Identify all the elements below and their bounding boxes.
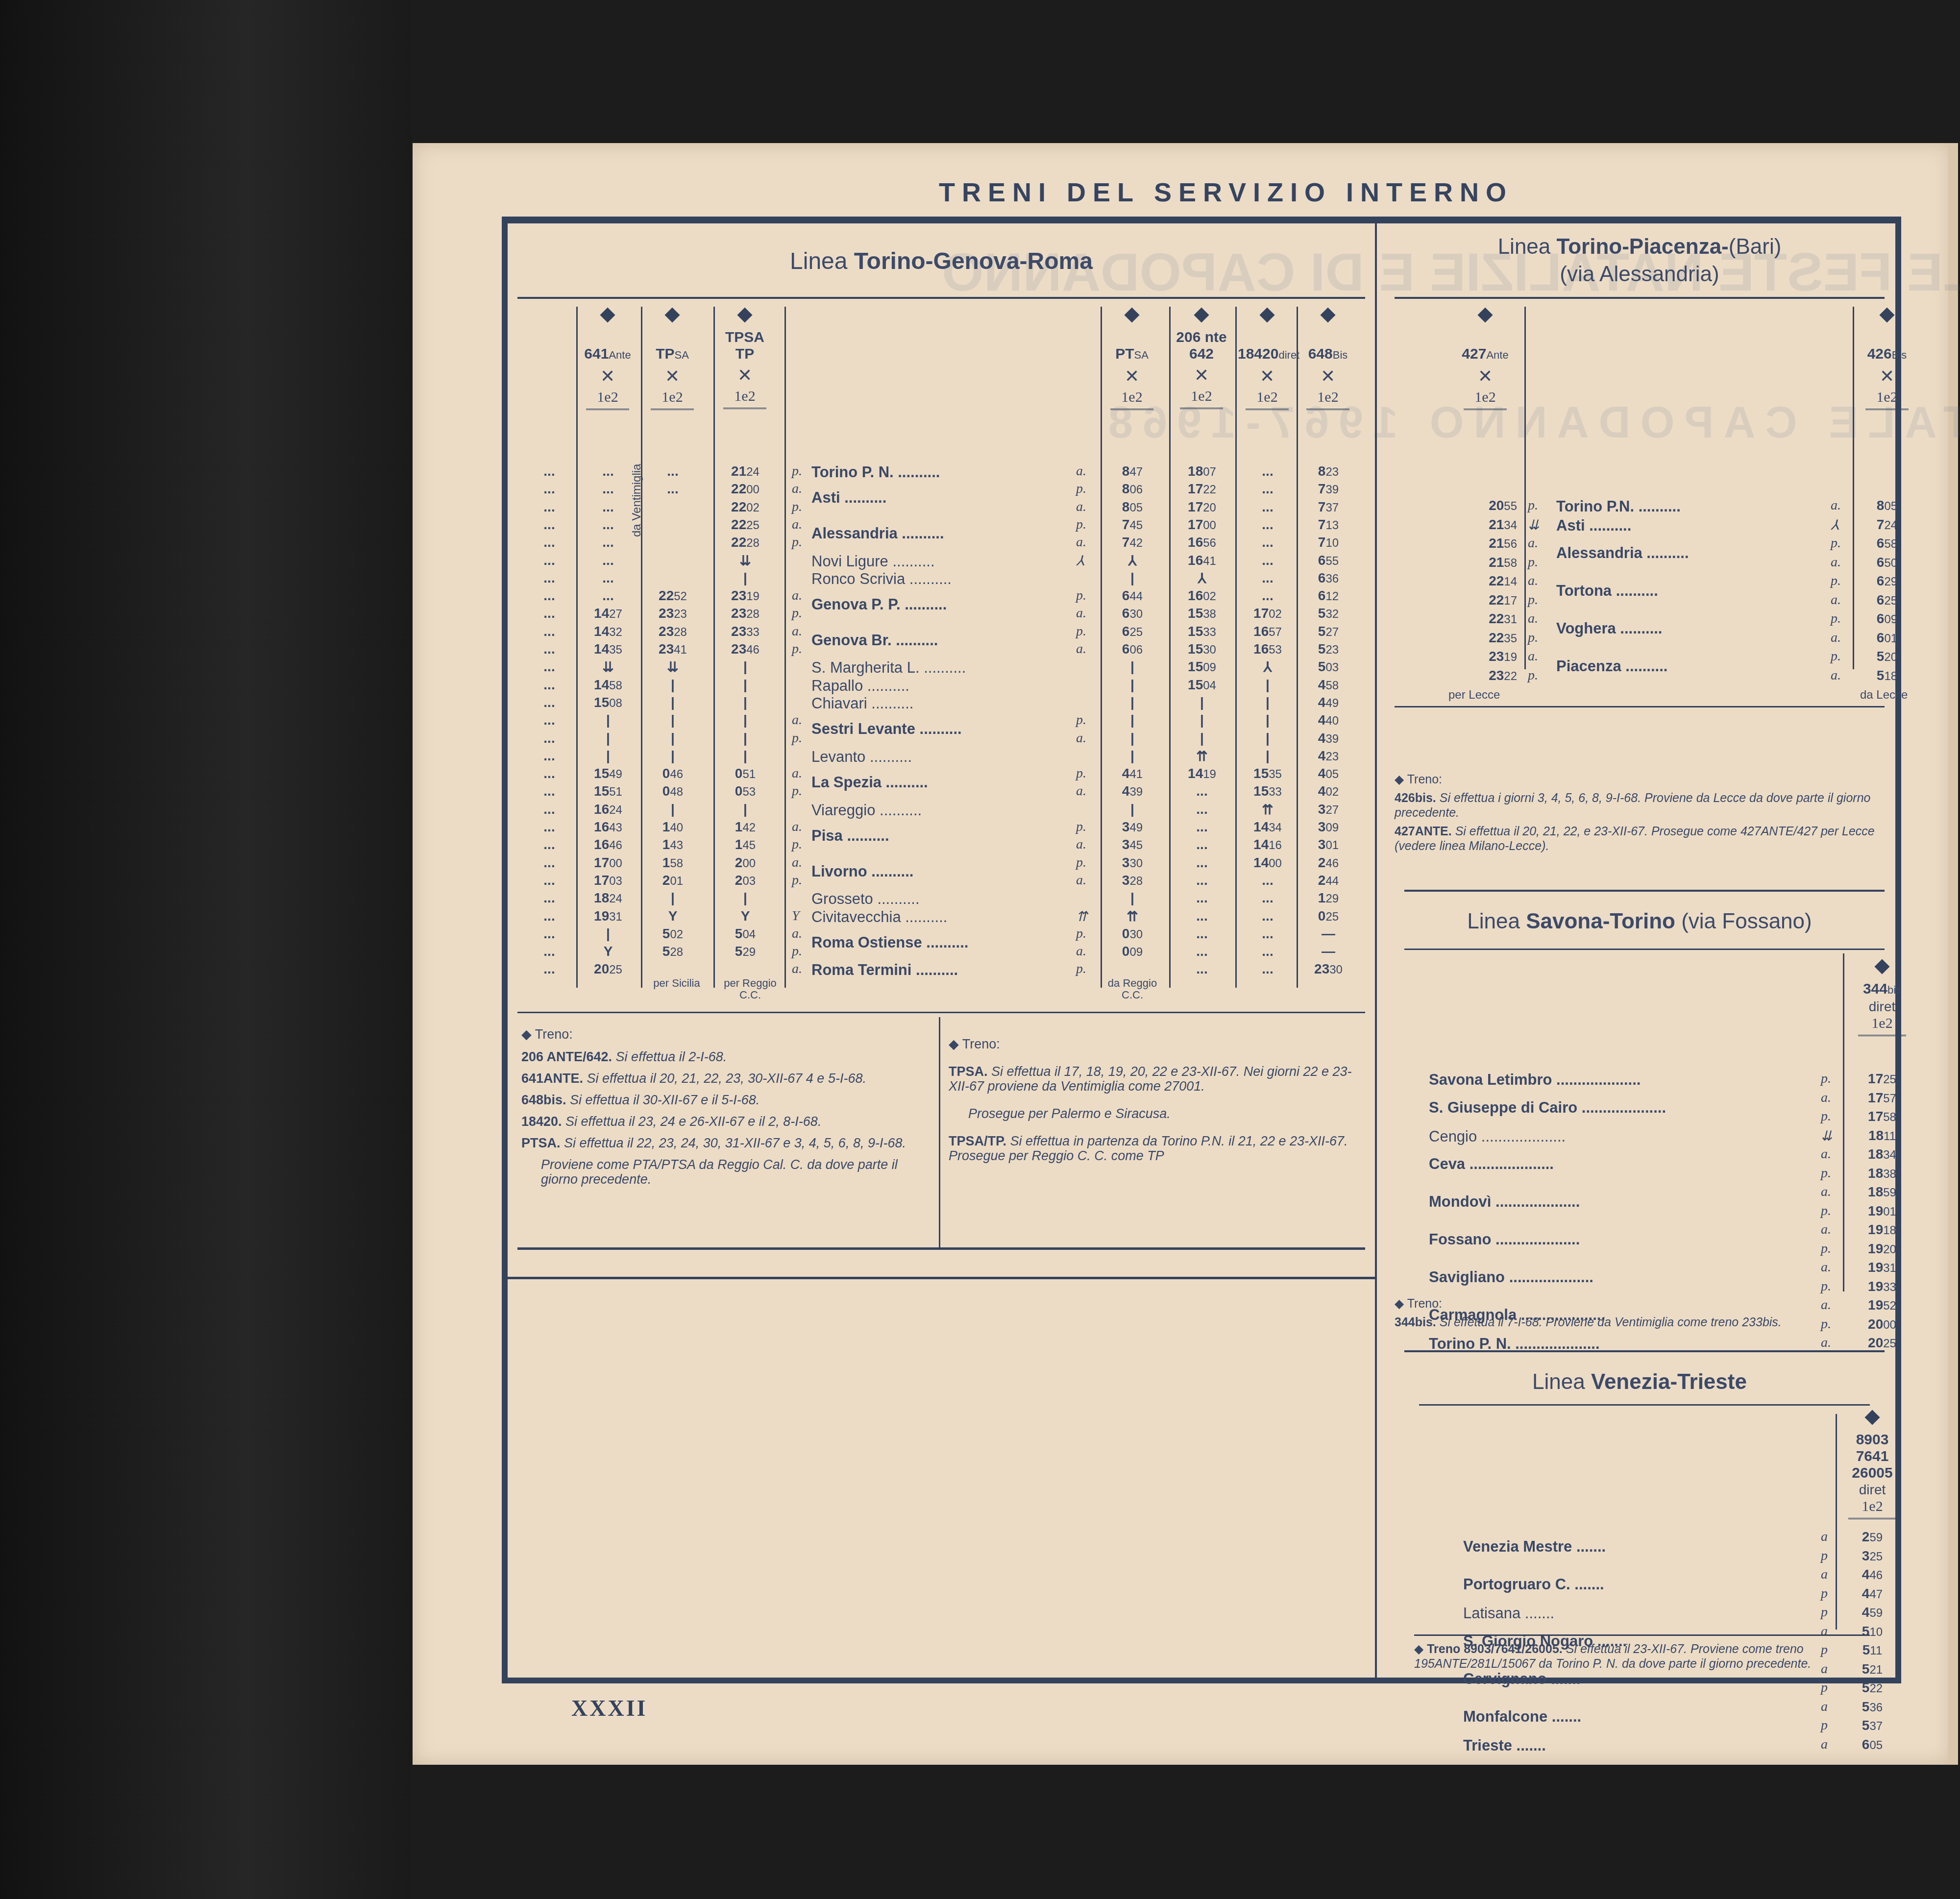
class-label: 1e2 (1865, 389, 1909, 410)
time-cell: | (1175, 712, 1229, 728)
time-cell: | (1105, 712, 1159, 728)
arrival-departure-mark: a. (1076, 944, 1086, 959)
station-name: Genova Br. .......... (811, 632, 938, 649)
note-text: Si effettua il 20, 21, 22, 23, 30-XII-67… (587, 1071, 866, 1086)
time-cell: 048 (646, 783, 700, 799)
time-cell: | (1105, 570, 1159, 586)
header-rule (1404, 949, 1885, 950)
arrival-departure-mark: ⇊ (1528, 517, 1539, 534)
time-cell: 301 (1301, 837, 1355, 852)
arrival-departure-mark: p. (1821, 1279, 1831, 1294)
time-cell: 520 (1860, 649, 1914, 664)
station-name: S. Giuseppe di Cairo ...................… (1429, 1099, 1666, 1117)
time-cell: | (1105, 659, 1159, 675)
time-cell: | (646, 677, 700, 693)
time-cell: 2055 (1458, 498, 1517, 513)
station-name: Alessandria .......... (1556, 544, 1689, 562)
time-cell: | (1105, 677, 1159, 693)
time-cell: 1722 (1175, 481, 1229, 497)
note-lead: 648bis. (521, 1093, 570, 1107)
arrival-departure-mark: p. (792, 463, 802, 479)
note-item: 427ANTE. Si effettua il 20, 21, 22, e 23… (1395, 824, 1885, 853)
station-name: Civitavecchia .......... (811, 908, 947, 926)
arrival-departure-mark: a. (792, 481, 802, 497)
notes-heading: ◆ Treno: (1395, 772, 1885, 787)
time-cell: 1432 (581, 624, 635, 639)
notes-heading: ◆ Treno: (521, 1027, 928, 1042)
train-number-top: TPSA (715, 329, 774, 346)
time-cell: 2156 (1458, 536, 1517, 551)
time-cell: 847 (1105, 463, 1159, 479)
diamond-icon (1124, 307, 1139, 322)
time-cell: ... (1175, 855, 1229, 871)
time-cell: | (1175, 730, 1229, 746)
note-text: Proviene come PTA/PTSA da Reggio Cal. C.… (541, 1157, 898, 1187)
time-cell: 246 (1301, 855, 1355, 871)
time-cell: 1400 (1241, 855, 1295, 871)
arrival-departure-mark: p (1821, 1605, 1828, 1620)
time-cell: 529 (718, 944, 772, 959)
note-lead: TPSA/TP. (949, 1134, 1010, 1148)
time-cell: 2124 (718, 463, 772, 479)
note-lead: TPSA. (949, 1064, 991, 1079)
time-cell: 325 (1845, 1548, 1899, 1564)
sleeper-car-icon: ✕ (1858, 365, 1916, 387)
arrival-departure-mark: p. (1076, 926, 1086, 942)
train-column-header: 427Ante✕1e2 (1456, 307, 1515, 410)
time-cell: | (1105, 695, 1159, 710)
spacer (1858, 329, 1916, 346)
time-cell: 2214 (1458, 573, 1517, 589)
sleeper-car-icon: ✕ (578, 365, 637, 387)
time-cell: | (718, 659, 772, 675)
time-cell: 439 (1105, 783, 1159, 799)
table-column-rule (713, 307, 715, 988)
time-cell: 053 (718, 783, 772, 799)
time-cell: | (718, 748, 772, 764)
time-cell: | (718, 677, 772, 693)
station-name: Grosseto .......... (811, 890, 920, 908)
time-cell: | (581, 748, 635, 764)
time-cell: 2231 (1458, 611, 1517, 627)
time-cell: 447 (1845, 1586, 1899, 1602)
time-cell: ... (522, 624, 576, 639)
time-cell: 1533 (1175, 624, 1229, 639)
time-cell: 1434 (1241, 819, 1295, 835)
arrival-departure-mark: p. (1831, 573, 1841, 589)
station-name: Asti .......... (1556, 517, 1631, 535)
time-cell: ... (1241, 961, 1295, 977)
time-cell: ⇊ (646, 659, 700, 675)
station-name: Trieste ....... (1463, 1737, 1546, 1754)
arrival-departure-mark: a. (1821, 1335, 1831, 1351)
note-item: 648bis. Si effettua il 30-XII-67 e il 5-… (521, 1093, 928, 1107)
dark-background (0, 0, 412, 1899)
table-column-rule (1235, 307, 1237, 988)
time-cell: 405 (1301, 766, 1355, 781)
time-cell: | (718, 712, 772, 728)
time-cell: | (1241, 712, 1295, 728)
time-cell: 200 (718, 855, 772, 871)
arrival-departure-mark: ⅄ (1831, 517, 1839, 534)
time-cell: | (718, 802, 772, 817)
table-column-rule (1836, 1414, 1837, 1630)
time-cell: 1435 (581, 641, 635, 657)
arrival-departure-mark: p. (1076, 517, 1086, 533)
class-label: 1e2 (1306, 389, 1349, 410)
time-cell: 1535 (1241, 766, 1295, 781)
time-cell: ⇈ (1241, 802, 1295, 818)
destination-label: per Lecce (1448, 688, 1500, 702)
arrival-departure-mark: a (1821, 1567, 1828, 1582)
time-cell: 518 (1860, 668, 1914, 683)
table-column-rule (1101, 307, 1102, 988)
arrival-departure-mark: p. (1821, 1203, 1831, 1219)
time-cell: 446 (1845, 1567, 1899, 1582)
arrival-departure-mark: a. (1528, 536, 1538, 551)
time-cell: 805 (1105, 499, 1159, 515)
time-cell: ... (522, 677, 576, 693)
diamond-icon (1874, 959, 1889, 974)
train-type: diret (1850, 998, 1914, 1015)
station-name: Novi Ligure .......... (811, 553, 935, 570)
time-cell: 629 (1860, 573, 1914, 589)
destination-label: per Reggio C.C. (716, 977, 784, 1001)
diamond-icon (1864, 1410, 1880, 1425)
train-number: TPSA (643, 346, 702, 364)
table-column-rule (641, 307, 642, 988)
time-cell: | (1175, 695, 1229, 710)
time-cell: ... (1175, 944, 1229, 959)
arrival-departure-mark: p. (1821, 1166, 1831, 1181)
note-item: TPSA. Si effettua il 17, 18, 19, 20, 22 … (949, 1064, 1355, 1094)
time-cell: 2158 (1458, 555, 1517, 570)
train-column-header: 206 nte642✕1e2 (1172, 307, 1231, 409)
time-cell: 612 (1301, 588, 1355, 604)
arrival-departure-mark: a. (1831, 592, 1841, 608)
time-cell: 1530 (1175, 641, 1229, 657)
train-number: 426Bis (1858, 346, 1916, 364)
time-cell: 2025 (581, 961, 635, 977)
spacer (1298, 329, 1357, 346)
arrival-departure-mark: ⇈ (1076, 908, 1087, 925)
arrival-departure-mark: p (1821, 1680, 1828, 1696)
time-cell: ... (581, 463, 635, 479)
table-bottom-rule (1395, 706, 1885, 707)
arrival-departure-mark: a. (1821, 1222, 1831, 1238)
time-cell: ... (1241, 535, 1295, 550)
diamond-icon (1477, 307, 1493, 322)
time-cell: | (646, 748, 700, 764)
notes-rule (517, 1247, 1365, 1250)
time-cell: | (646, 712, 700, 728)
arrival-departure-mark: p (1821, 1718, 1828, 1733)
train-type: diret (1840, 1482, 1904, 1498)
time-cell: | (1241, 730, 1295, 746)
time-cell: 2225 (718, 517, 772, 533)
time-cell: 459 (1845, 1605, 1899, 1620)
time-cell: ... (1241, 926, 1295, 942)
section-title-savona-torino: Linea Savona-Torino (via Fossano) (1385, 909, 1894, 934)
notes-divider (939, 1017, 940, 1247)
time-cell: Y (718, 908, 772, 924)
time-cell: | (1241, 748, 1295, 764)
time-cell: ... (522, 695, 576, 710)
class-label: 1e2 (1246, 389, 1289, 410)
time-cell: ⇈ (1175, 748, 1229, 764)
time-cell: | (718, 570, 772, 586)
arrival-departure-mark: a. (1528, 573, 1538, 589)
time-cell: 449 (1301, 695, 1355, 710)
time-cell: 2333 (718, 624, 772, 639)
diamond-icon (737, 307, 752, 322)
time-cell: 1702 (1241, 606, 1295, 621)
time-cell: Y (581, 944, 635, 959)
time-cell: 051 (718, 766, 772, 781)
time-cell: 1653 (1241, 641, 1295, 657)
time-cell: ... (522, 961, 576, 977)
train-number: TP (715, 346, 774, 363)
time-cell: 537 (1845, 1718, 1899, 1733)
train-column-header: 426Bis✕1e2 (1858, 307, 1916, 410)
section-title-torino-genova-roma: Linea Torino-Genova-Roma (508, 248, 1375, 275)
arrival-departure-mark: a. (1528, 611, 1538, 627)
train-number: 8903 (1840, 1432, 1904, 1448)
time-cell: 1602 (1175, 588, 1229, 604)
arrival-departure-mark: a. (1076, 783, 1086, 799)
time-cell: ... (522, 802, 576, 817)
arrival-departure-mark: a. (1076, 873, 1086, 888)
arrival-departure-mark: a. (1831, 498, 1841, 513)
time-cell: ... (522, 570, 576, 586)
note-item: 426bis. Si effettua i giorni 3, 4, 5, 6,… (1395, 791, 1885, 820)
note-text: Si effettua il 20, 21, 22, e 23-XII-67. … (1395, 825, 1875, 853)
train-suffix: SA (674, 349, 688, 361)
time-cell: 504 (718, 926, 772, 942)
station-name: Ronco Scrivia .......... (811, 570, 952, 588)
time-cell: 1427 (581, 606, 635, 621)
note-lead: Treno 8903/7641/26005. (1427, 1642, 1566, 1656)
time-cell: 402 (1301, 783, 1355, 799)
diamond-icon (1259, 307, 1274, 322)
time-cell: 2252 (646, 588, 700, 604)
time-cell: 2319 (1458, 649, 1517, 664)
station-name: Savona Letimbro .................... (1429, 1071, 1641, 1089)
header-rule (1419, 1404, 1870, 1406)
station-name: Genova P. P. .......... (811, 596, 947, 613)
note-lead: 426bis. (1395, 791, 1440, 805)
train-column-header: 8903764126005diret1e2 (1840, 1409, 1904, 1519)
time-cell: ... (1175, 961, 1229, 977)
time-cell: | (581, 712, 635, 728)
note-item: Prosegue per Palermo e Siracusa. (949, 1106, 1355, 1121)
time-cell: 2025 (1853, 1335, 1911, 1351)
time-cell: 523 (1301, 641, 1355, 657)
station-name: Portogruaro C. ....... (1463, 1576, 1604, 1593)
time-cell: 522 (1845, 1680, 1899, 1696)
time-cell: 140 (646, 819, 700, 835)
arrival-departure-mark: p (1821, 1548, 1828, 1564)
arrival-departure-mark: p. (792, 499, 802, 515)
note-item: TPSA/TP. Si effettua in partenza da Tori… (949, 1134, 1355, 1163)
time-cell: 327 (1301, 802, 1355, 817)
train-number-top: 206 nte (1172, 329, 1231, 346)
notes-heading: ◆ Treno: (1395, 1296, 1885, 1311)
class-label: 1e2 (1858, 1015, 1906, 1036)
time-cell: 528 (646, 944, 700, 959)
time-cell: ... (522, 855, 576, 871)
time-cell: 1807 (1175, 463, 1229, 479)
time-cell: 644 (1105, 588, 1159, 604)
time-cell: 309 (1301, 819, 1355, 835)
station-name: Pisa .......... (811, 827, 889, 845)
time-cell: | (646, 802, 700, 817)
arrival-departure-mark: p. (1076, 588, 1086, 604)
class-label: 1e2 (1848, 1498, 1896, 1519)
note-text: Si effettua il 22, 23, 24, 30, 31-XII-67… (564, 1136, 906, 1150)
station-name: Roma Ostiense .......... (811, 934, 968, 951)
time-cell: 536 (1845, 1699, 1899, 1715)
time-cell: 201 (646, 873, 700, 888)
train-column-header: PTSA✕1e2 (1102, 307, 1161, 410)
train-number: 648Bis (1298, 346, 1357, 364)
time-cell: 030 (1105, 926, 1159, 942)
time-cell: | (718, 890, 772, 906)
station-name: S. Margherita L. .......... (811, 659, 966, 677)
arrival-departure-mark: p (1821, 1586, 1828, 1602)
time-cell: 2346 (718, 641, 772, 657)
time-cell: 739 (1301, 481, 1355, 497)
train-suffix: Bis (1333, 349, 1348, 361)
sleeper-car-icon: ✕ (1298, 365, 1357, 387)
arrival-departure-mark: a. (1821, 1146, 1831, 1162)
time-cell: 510 (1845, 1624, 1899, 1639)
time-cell: ... (522, 641, 576, 657)
sleeper-car-icon: ✕ (1102, 365, 1161, 387)
arrival-departure-mark: a. (792, 517, 802, 533)
train-column-header: TPSATP✕1e2 (715, 307, 774, 409)
time-cell: 630 (1105, 606, 1159, 621)
table-column-rule (1169, 307, 1171, 988)
time-cell: 1757 (1853, 1090, 1911, 1106)
arrival-departure-mark: p. (1076, 819, 1086, 835)
spacer (1238, 329, 1297, 346)
time-cell: 1700 (1175, 517, 1229, 533)
station-name: Livorno .......... (811, 863, 913, 880)
time-cell: Y (646, 908, 700, 924)
time-cell: ... (1241, 517, 1295, 533)
arrival-departure-mark: a. (1821, 1260, 1831, 1275)
time-cell: 1920 (1853, 1241, 1911, 1257)
time-cell: 1824 (581, 890, 635, 906)
time-cell: ... (581, 570, 635, 586)
time-cell: 2202 (718, 499, 772, 515)
class-label: 1e2 (1464, 389, 1507, 410)
time-cell: ... (646, 481, 700, 497)
class-label: 1e2 (586, 389, 629, 410)
station-name: Alessandria .......... (811, 525, 944, 542)
time-cell: ... (522, 712, 576, 728)
station-name: Latisana ....... (1463, 1605, 1554, 1622)
arrival-departure-mark: p. (792, 783, 802, 799)
notes-venezia-trieste: ◆ Treno 8903/7641/26005. Si effettua il … (1414, 1642, 1875, 1671)
time-cell: | (1105, 802, 1159, 817)
diamond-icon (1320, 307, 1335, 322)
diamond-icon (1879, 307, 1894, 322)
arrival-departure-mark: a. (1528, 649, 1538, 664)
arrival-departure-mark: a. (792, 819, 802, 835)
note-item: ◆ Treno 8903/7641/26005. Si effettua il … (1414, 1642, 1875, 1671)
time-cell: 636 (1301, 570, 1355, 586)
time-cell: 1700 (581, 855, 635, 871)
time-cell: 713 (1301, 517, 1355, 533)
time-cell: 2323 (646, 606, 700, 621)
time-cell: 1549 (581, 766, 635, 781)
arrival-departure-mark: a. (1831, 630, 1841, 646)
time-cell: 1811 (1853, 1128, 1911, 1144)
station-name: Savigliano .................... (1429, 1268, 1593, 1286)
arrival-departure-mark: p. (1076, 481, 1086, 497)
time-cell: ... (522, 463, 576, 479)
arrival-departure-mark: p. (1821, 1071, 1831, 1087)
time-cell: ... (1241, 553, 1295, 568)
page-edge (1948, 143, 1958, 1765)
arrival-departure-mark: p. (1528, 498, 1538, 513)
note-item: 344bis. Si effettua il 7-I-68. Proviene … (1395, 1315, 1885, 1330)
time-cell: ⇊ (718, 553, 772, 569)
running-head: TRENI DEL SERVIZIO INTERNO (907, 177, 1544, 208)
time-cell: 441 (1105, 766, 1159, 781)
notes-savona-torino: ◆ Treno:344bis. Si effettua il 7-I-68. P… (1395, 1296, 1885, 1330)
time-cell: | (1241, 677, 1295, 693)
time-cell: ... (522, 588, 576, 604)
class-label: 1e2 (651, 389, 694, 410)
time-cell: 328 (1105, 873, 1159, 888)
arrival-departure-mark: a. (1076, 837, 1086, 852)
arrival-departure-mark: p. (792, 606, 802, 621)
time-cell: 439 (1301, 730, 1355, 746)
time-cell: 527 (1301, 624, 1355, 639)
arrival-departure-mark: a. (1076, 606, 1086, 621)
note-lead: 427ANTE. (1395, 825, 1455, 838)
time-cell: | (1105, 730, 1159, 746)
time-cell: 1641 (1175, 553, 1229, 568)
section-rule (1404, 1350, 1885, 1352)
station-name: Chiavari .......... (811, 695, 913, 712)
note-text: Si effettua il 2-I-68. (616, 1049, 727, 1064)
table-column-rule (784, 307, 786, 988)
class-label: 1e2 (723, 388, 766, 409)
station-name: Fossano .................... (1429, 1231, 1580, 1248)
time-cell: ... (522, 748, 576, 764)
time-cell: 502 (646, 926, 700, 942)
arrival-departure-mark: a. (1076, 463, 1086, 479)
time-cell: 745 (1105, 517, 1159, 533)
arrival-departure-mark: a. (792, 855, 802, 871)
time-cell: 1538 (1175, 606, 1229, 621)
section-title-venezia-trieste: Linea Venezia-Trieste (1385, 1370, 1894, 1394)
time-cell: 805 (1860, 498, 1914, 513)
time-cell: ... (1241, 481, 1295, 497)
section-divider (508, 1277, 1375, 1279)
time-cell: ... (1175, 926, 1229, 942)
time-cell: 710 (1301, 535, 1355, 550)
train-number: 26005 (1840, 1465, 1904, 1482)
time-cell: ... (1175, 890, 1229, 906)
time-cell: 009 (1105, 944, 1159, 959)
station-name: Levanto .......... (811, 748, 912, 766)
arrival-departure-mark: p. (1076, 624, 1086, 639)
